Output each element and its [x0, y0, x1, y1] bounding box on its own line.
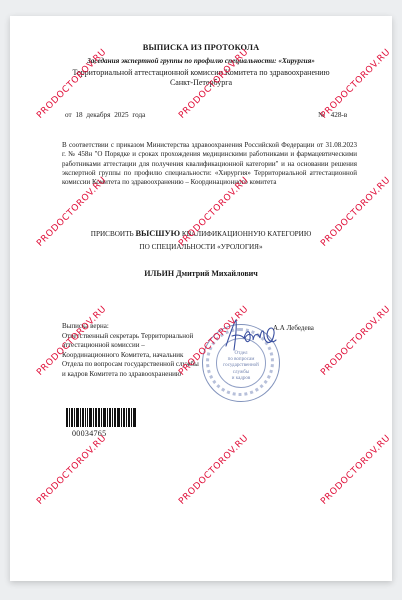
watermark: PRODOCTOROV.RU: [319, 433, 392, 506]
document-date: от 18 декабря 2025 года: [65, 111, 145, 119]
organization-line-1: Территориальной аттестационной комиссии …: [10, 68, 392, 77]
watermark: PRODOCTOROV.RU: [177, 433, 250, 506]
document-title: ВЫПИСКА ИЗ ПРОТОКОЛА: [10, 43, 392, 52]
certification-position: Ответственный секретарь Территориальной …: [62, 332, 202, 380]
barcode-number: 00034765: [72, 429, 106, 438]
document-page: ВЫПИСКА ИЗ ПРОТОКОЛА Заседания экспертно…: [10, 16, 392, 581]
organization-line-2: Санкт-Петербурга: [10, 78, 392, 87]
body-paragraph: В соответствии с приказом Министерства з…: [62, 141, 357, 187]
assign-prefix: ПРИСВОИТЬ: [91, 230, 136, 238]
certification-label: Выписка верна:: [62, 322, 202, 332]
assign-category: ВЫСШУЮ: [135, 229, 180, 238]
certification-block: Выписка верна: Ответственный секретарь Т…: [62, 322, 202, 380]
signer-name: А.А Лебедева: [273, 324, 314, 332]
assign-suffix: КВАЛИФИКАЦИОННУЮ КАТЕГОРИЮ: [180, 230, 311, 238]
document-subtitle: Заседания экспертной группы по профилю с…: [10, 57, 392, 65]
assign-line: ПРИСВОИТЬ ВЫСШУЮ КВАЛИФИКАЦИОННУЮ КАТЕГО…: [10, 229, 392, 238]
signature-icon: [220, 316, 278, 356]
watermark: PRODOCTOROV.RU: [35, 433, 108, 506]
watermark: PRODOCTOROV.RU: [319, 304, 392, 377]
document-number: № 428-в: [318, 111, 347, 119]
barcode: [66, 408, 141, 427]
recipient-name: ИЛЬИН Дмитрий Михайлович: [10, 269, 392, 278]
specialty-line: ПО СПЕЦИАЛЬНОСТИ «УРОЛОГИЯ»: [10, 243, 392, 251]
